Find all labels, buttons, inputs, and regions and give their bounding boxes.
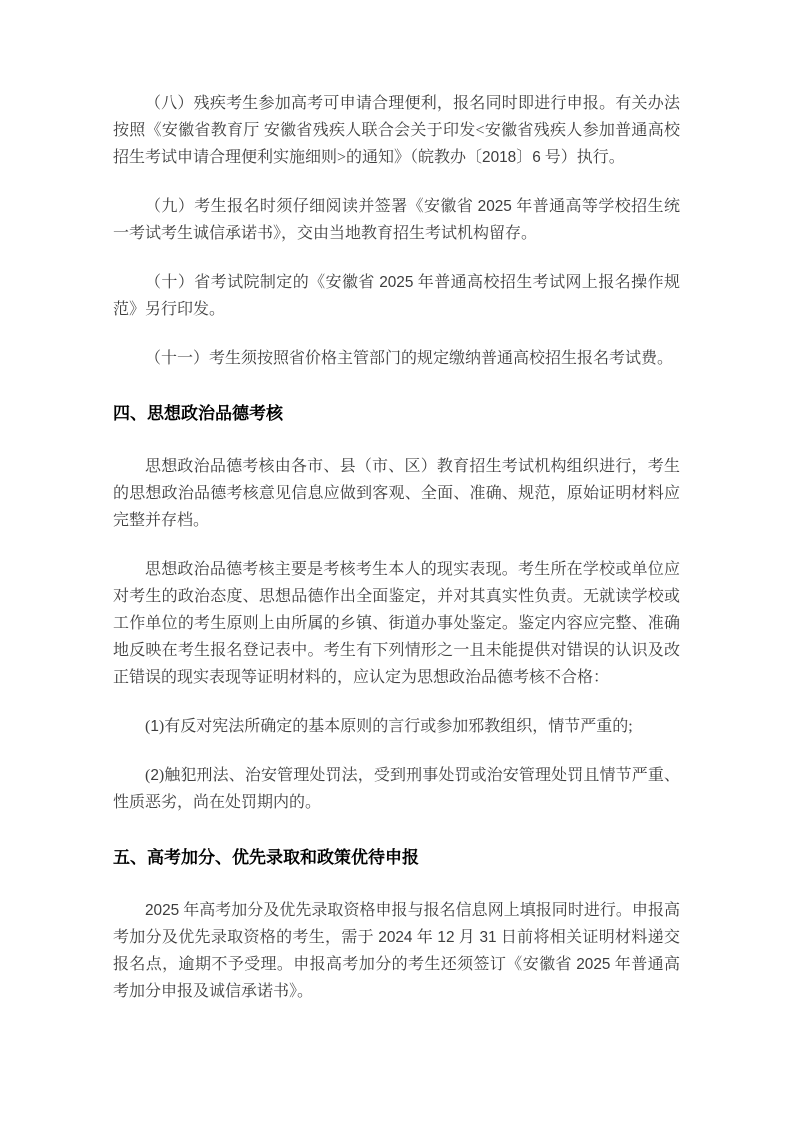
numeric-text: 2025 <box>145 902 179 919</box>
document-body: （八）残疾考生参加高考可申请合理便利，报名同时即进行申报。有关办法按照《安徽省教… <box>113 90 680 1027</box>
numeric-text: 6 <box>532 149 541 166</box>
body-paragraph: （八）残疾考生参加高考可申请合理便利，报名同时即进行申报。有关办法按照《安徽省教… <box>113 90 680 171</box>
numeric-text: 1 <box>150 718 159 735</box>
numeric-text: 2025 <box>576 956 610 973</box>
body-paragraph: 2025 年高考加分及优先录取资格申报与报名信息网上填报同时进行。申报高考加分及… <box>113 897 680 1005</box>
body-paragraph: （十）省考试院制定的《安徽省 2025 年普通高校招生考试网上报名操作规范》另行… <box>113 269 680 323</box>
section-heading: 四、思想政治品德考核 <box>113 400 680 427</box>
numeric-text: 2 <box>150 767 159 784</box>
section-heading: 五、高考加分、优先录取和政策优待申报 <box>113 844 680 871</box>
body-paragraph: 思想政治品德考核主要是考核考生本人的现实表现。考生所在学校或单位应对考生的政治态… <box>113 556 680 691</box>
body-paragraph: （九）考生报名时须仔细阅读并签署《安徽省 2025 年普通高等学校招生统一考试考… <box>113 193 680 247</box>
numeric-text: 2018 <box>482 149 516 166</box>
body-paragraph: 思想政治品德考核由各市、县（市、区）教育招生考试机构组织进行，考生的思想政治品德… <box>113 453 680 534</box>
document-page: （八）残疾考生参加高考可申请合理便利，报名同时即进行申报。有关办法按照《安徽省教… <box>0 0 793 1122</box>
body-paragraph: (1)有反对宪法所确定的基本原则的言行或参加邪教组织，情节严重的; <box>113 713 680 740</box>
body-paragraph: （十一）考生须按照省价格主管部门的规定缴纳普通高校招生报名考试费。 <box>113 345 680 372</box>
numeric-text: 31 <box>479 929 496 946</box>
numeric-text: 2025 <box>478 198 512 215</box>
numeric-text: 2024 <box>378 929 412 946</box>
numeric-text: 12 <box>437 929 454 946</box>
numeric-text: 2025 <box>379 274 413 291</box>
body-paragraph: (2)触犯刑法、治安管理处罚法，受到刑事处罚或治安管理处罚且情节严重、性质恶劣，… <box>113 762 680 816</box>
